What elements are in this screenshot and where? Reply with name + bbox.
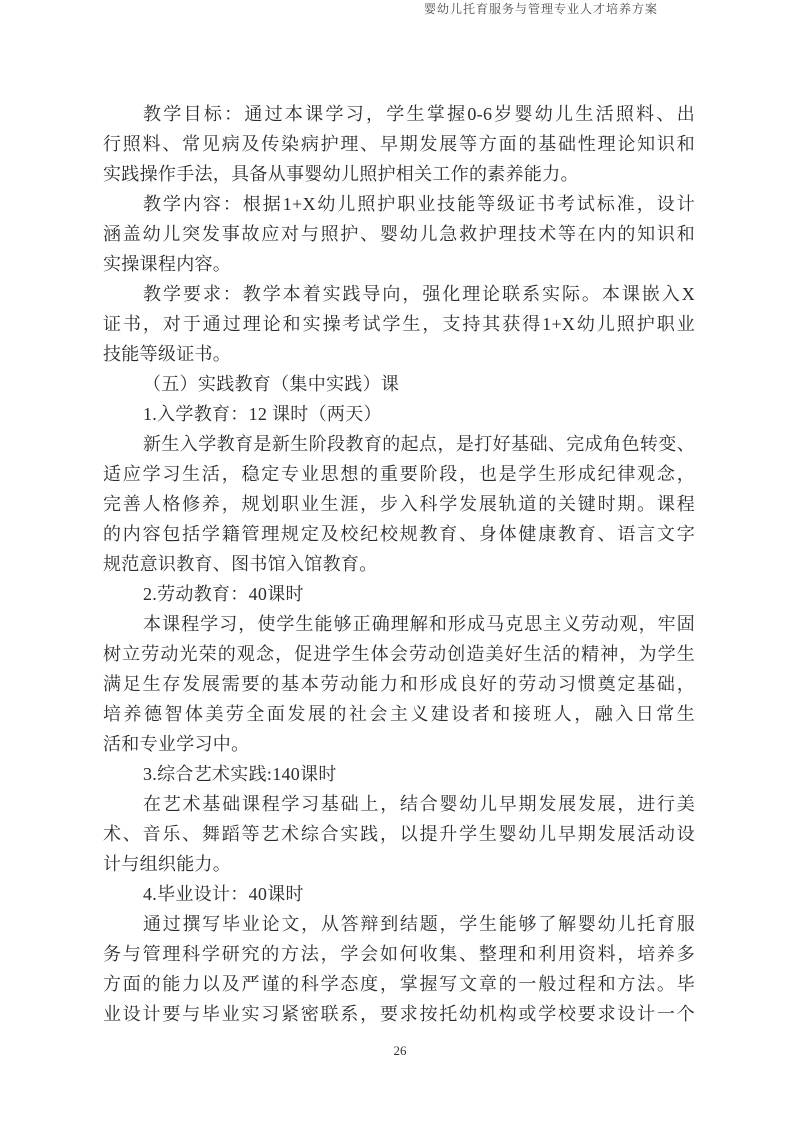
text-line: 2.劳动教育：40课时 [103, 579, 695, 609]
text-line: 通过撰写毕业论文，从答辩到结题，学生能够了解婴幼儿托育服 [103, 909, 695, 939]
text-line: 涵盖幼儿突发事故应对与照护、婴幼儿急救护理技术等在内的知识和 [103, 219, 695, 249]
text-line: 方面的能力以及严谨的科学态度，掌握写文章的一般过程和方法。毕 [103, 969, 695, 999]
text-line: 4.毕业设计：40课时 [103, 879, 695, 909]
text-line: 新生入学教育是新生阶段教育的起点，是打好基础、完成角色转变、 [103, 429, 695, 459]
paragraph: 教学内容：根据1+X幼儿照护职业技能等级证书考试标准，设计涵盖幼儿突发事故应对与… [103, 189, 695, 279]
paragraph: 本课程学习，使学生能够正确理解和形成马克思主义劳动观，牢固树立劳动光荣的观念，促… [103, 609, 695, 759]
text-line: 完善人格修养，规划职业生涯，步入科学发展轨道的关键时期。课程 [103, 489, 695, 519]
paragraph: 在艺术基础课程学习基础上，结合婴幼儿早期发展发展，进行美术、音乐、舞蹈等艺术综合… [103, 789, 695, 879]
text-line: 树立劳动光荣的观念，促进学生体会劳动创造美好生活的精神，为学生 [103, 639, 695, 669]
text-line: 本课程学习，使学生能够正确理解和形成马克思主义劳动观，牢固 [103, 609, 695, 639]
text-line: 教学目标：通过本课学习，学生掌握0-6岁婴幼儿生活照料、出 [103, 99, 695, 129]
text-line: 业设计要与毕业实习紧密联系，要求按托幼机构或学校要求设计一个 [103, 999, 695, 1029]
text-line: 规范意识教育、图书馆入馆教育。 [103, 549, 695, 579]
paragraph: 1.入学教育：12 课时（两天） [103, 399, 695, 429]
text-line: 实践操作手法，具备从事婴幼儿照护相关工作的素养能力。 [103, 159, 695, 189]
text-line: 活和专业学习中。 [103, 729, 695, 759]
text-line: 的内容包括学籍管理规定及校纪校规教育、身体健康教育、语言文字 [103, 519, 695, 549]
text-line: 行照料、常见病及传染病护理、早期发展等方面的基础性理论知识和 [103, 129, 695, 159]
text-line: 计与组织能力。 [103, 849, 695, 879]
text-line: 教学要求：教学本着实践导向，强化理论联系实际。本课嵌入X [103, 279, 695, 309]
text-line: （五）实践教育（集中实践）课 [103, 369, 695, 399]
text-line: 3.综合艺术实践:140课时 [103, 759, 695, 789]
text-line: 满足生存发展需要的基本劳动能力和形成良好的劳动习惯奠定基础， [103, 669, 695, 699]
page-header-title: 婴幼儿托育服务与管理专业人才培养方案 [424, 2, 658, 16]
text-line: 证书，对于通过理论和实操考试学生，支持其获得1+X幼儿照护职业 [103, 309, 695, 339]
text-line: 实操课程内容。 [103, 249, 695, 279]
paragraph: 教学目标：通过本课学习，学生掌握0-6岁婴幼儿生活照料、出行照料、常见病及传染病… [103, 99, 695, 189]
document-body: 教学目标：通过本课学习，学生掌握0-6岁婴幼儿生活照料、出行照料、常见病及传染病… [103, 99, 695, 1029]
paragraph: 教学要求：教学本着实践导向，强化理论联系实际。本课嵌入X证书，对于通过理论和实操… [103, 279, 695, 369]
paragraph: 新生入学教育是新生阶段教育的起点，是打好基础、完成角色转变、适应学习生活，稳定专… [103, 429, 695, 579]
page-number: 26 [0, 1042, 800, 1060]
text-line: 1.入学教育：12 课时（两天） [103, 399, 695, 429]
paragraph: 通过撰写毕业论文，从答辩到结题，学生能够了解婴幼儿托育服务与管理科学研究的方法，… [103, 909, 695, 1029]
text-line: 培养德智体美劳全面发展的社会主义建设者和接班人，融入日常生 [103, 699, 695, 729]
text-line: 务与管理科学研究的方法，学会如何收集、整理和利用资料，培养多 [103, 939, 695, 969]
text-line: 在艺术基础课程学习基础上，结合婴幼儿早期发展发展，进行美 [103, 789, 695, 819]
paragraph: 4.毕业设计：40课时 [103, 879, 695, 909]
document-page: 婴幼儿托育服务与管理专业人才培养方案 教学目标：通过本课学习，学生掌握0-6岁婴… [0, 0, 800, 1130]
paragraph: 2.劳动教育：40课时 [103, 579, 695, 609]
text-line: 技能等级证书。 [103, 339, 695, 369]
text-line: 教学内容：根据1+X幼儿照护职业技能等级证书考试标准，设计 [103, 189, 695, 219]
paragraph: 3.综合艺术实践:140课时 [103, 759, 695, 789]
text-line: 术、音乐、舞蹈等艺术综合实践，以提升学生婴幼儿早期发展活动设 [103, 819, 695, 849]
paragraph: （五）实践教育（集中实践）课 [103, 369, 695, 399]
text-line: 适应学习生活，稳定专业思想的重要阶段，也是学生形成纪律观念， [103, 459, 695, 489]
